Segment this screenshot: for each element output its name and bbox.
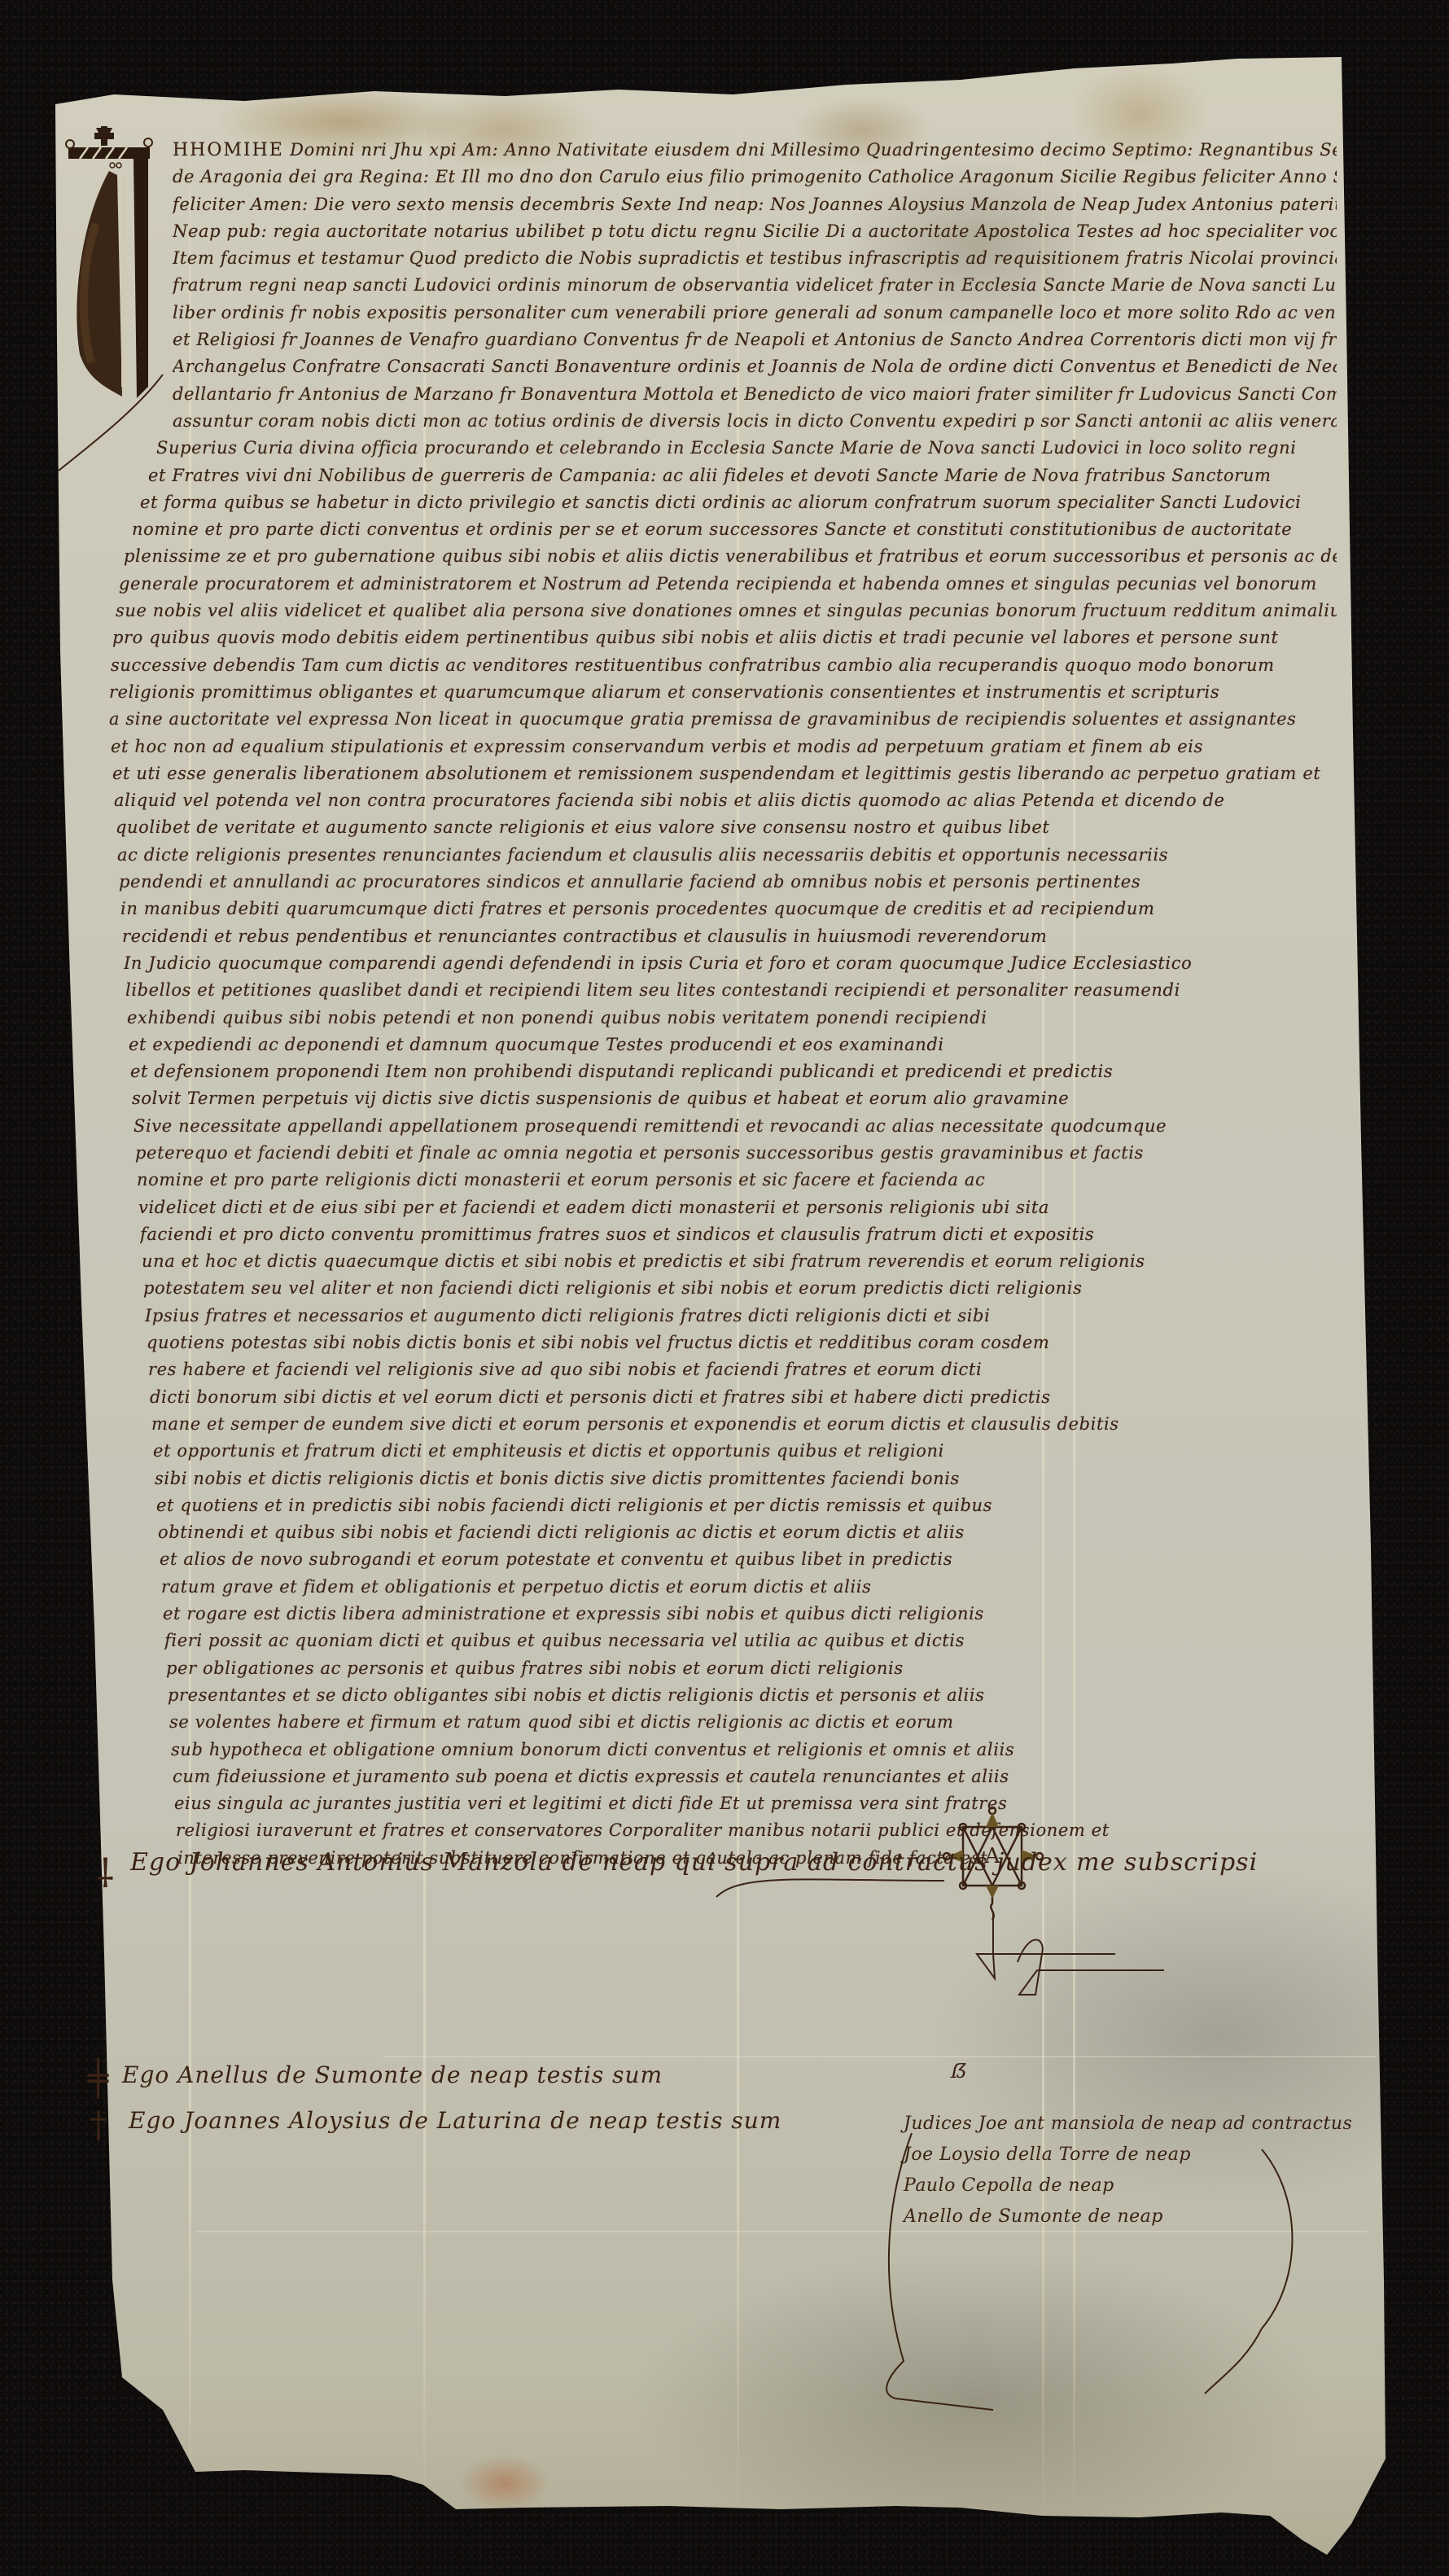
body-line-text: Domini nri Jhu xpi Am: Anno Nativitate e…	[290, 140, 1337, 160]
witness-list: Judices Joe ant mansiola de neap ad cont…	[904, 2109, 1327, 2232]
body-line: Archangelus Confratre Consacrati Sancti …	[173, 353, 1337, 380]
body-line: aliquid vel potenda vel non contra procu…	[114, 787, 1337, 814]
witness-name: Anello de Sumonte de neap	[904, 2201, 1327, 2232]
body-line: et defensionem proponendi Item non prohi…	[130, 1058, 1337, 1085]
body-line: peterequo et faciendi debiti et finale a…	[135, 1140, 1337, 1167]
body-line: res habere et faciendi vel religionis si…	[148, 1356, 1337, 1383]
body-line: et Religiosi fr Joannes de Venafro guard…	[173, 326, 1337, 353]
body-line: Item facimus et testamur Quod predicto d…	[173, 245, 1337, 272]
body-line: assuntur coram nobis dicti mon ac totius…	[173, 408, 1337, 435]
body-line: videlicet dicti et de eius sibi per et f…	[138, 1194, 1337, 1221]
body-line: pendendi et annullandi ac procuratores s…	[119, 869, 1337, 896]
subscription-flourish-icon	[708, 1864, 952, 1913]
body-line: et expediendi ac deponendi et damnum quo…	[129, 1032, 1337, 1058]
paraph-flourish-icon	[969, 1905, 1164, 2011]
witness-name: Joe Loysio della Torre de neap	[904, 2140, 1327, 2171]
body-line: dellantario fr Antonius de Marzano fr Bo…	[173, 381, 1337, 408]
double-cross-mark-icon: ╪	[88, 2058, 108, 2098]
body-line: Superius Curia divina officia procurando…	[156, 435, 1337, 462]
body-line: et forma quibus se habetur in dicto priv…	[140, 489, 1337, 516]
body-line: ratum grave et fidem et obligationis et …	[161, 1574, 1337, 1601]
witness-name: Paulo Cepolla de neap	[904, 2171, 1327, 2201]
body-line: quolibet de veritate et augumento sancte…	[116, 814, 1337, 841]
initial-caption: HHOMIHE	[173, 140, 284, 160]
body-line: fratrum regni neap sancti Ludovici ordin…	[173, 272, 1337, 299]
witness-subscription-2: Ego Joannes Aloysius de Laturina de neap…	[129, 2107, 781, 2134]
body-line: et rogare est dictis libera administrati…	[163, 1601, 1337, 1628]
document-body: HHOMIHE Domini nri Jhu xpi Am: Anno Nati…	[173, 137, 1337, 1872]
witness-subscription-1: Ego Anellus de Sumonte de neap testis su…	[122, 2061, 663, 2088]
body-line: generale procuratorem et administratorem…	[119, 571, 1337, 598]
body-line: religiosi iuraverunt et fratres et conse…	[176, 1817, 1337, 1844]
body-line: ac dicte religionis presentes renunciant…	[117, 842, 1337, 869]
body-line: cum fideiussione et juramento sub poena …	[173, 1763, 1337, 1790]
body-line: nomine et pro parte dicti conventus et o…	[132, 516, 1337, 543]
body-line: sub hypotheca et obligatione omnium bono…	[171, 1737, 1337, 1763]
body-line: HHOMIHE Domini nri Jhu xpi Am: Anno Nati…	[173, 137, 1337, 164]
body-line: in manibus debiti quarumcumque dicti fra…	[120, 896, 1337, 922]
body-line: et quotiens et in predictis sibi nobis f…	[156, 1492, 1337, 1519]
body-line: dicti bonorum sibi dictis et vel eorum d…	[150, 1384, 1337, 1411]
body-line: nomine et pro parte religionis dicti mon…	[137, 1167, 1337, 1194]
body-line: Neap pub: regia auctoritate notarius ubi…	[173, 218, 1337, 245]
body-line: religionis promittimus obligantes et qua…	[109, 679, 1337, 706]
body-line: solvit Termen perpetuis vij dictis sive …	[132, 1085, 1337, 1112]
body-line: et opportunis et fratrum dicti et emphit…	[153, 1438, 1337, 1465]
body-line: Sive necessitate appellandi appellatione…	[134, 1113, 1337, 1140]
body-line: fieri possit ac quoniam dicti et quibus …	[164, 1628, 1337, 1654]
judge-subscription: Ego Johannes Antonius Manzola de neap qu…	[130, 1848, 1258, 1877]
body-line: pro quibus quovis modo debitis eidem per…	[112, 624, 1337, 651]
body-line: se volentes habere et firmum et ratum qu…	[169, 1709, 1337, 1736]
body-line: et hoc non ad equalium stipulationis et …	[111, 734, 1337, 760]
body-line: sibi nobis et dictis religionis dictis e…	[155, 1465, 1337, 1492]
body-line: et alios de novo subrogandi et eorum pot…	[160, 1546, 1337, 1573]
cross-mark-icon: ⸸	[96, 1847, 115, 1899]
fold-line	[383, 2056, 1376, 2057]
body-line: a sine auctoritate vel expressa Non lice…	[109, 706, 1337, 733]
body-line: obtinendi et quibus sibi nobis et facien…	[158, 1519, 1337, 1546]
body-line: plenissime ze et pro gubernatione quibus…	[124, 543, 1337, 570]
body-line: successive debendis Tam cum dictis ac ve…	[111, 652, 1337, 679]
body-line: Ipsius fratres et necessarios et augumen…	[145, 1303, 1337, 1330]
witness-name: Judices Joe ant mansiola de neap ad cont…	[904, 2109, 1327, 2140]
body-line: libellos et petitiones quaslibet dandi e…	[125, 977, 1337, 1004]
body-line: per obligationes ac personis et quibus f…	[166, 1655, 1337, 1682]
body-line: liber ordinis fr nobis expositis persona…	[173, 300, 1337, 326]
body-line: feliciter Amen: Die vero sexto mensis de…	[173, 191, 1337, 218]
body-line: eius singula ac jurantes justitia veri e…	[174, 1790, 1337, 1817]
body-line: In Judicio quocumque comparendi agendi d…	[124, 950, 1337, 977]
body-line: et Fratres vivi dni Nobilibus de guerrer…	[148, 462, 1337, 489]
body-line: sue nobis vel aliis videlicet et qualibe…	[116, 598, 1337, 624]
body-line: et uti esse generalis liberationem absol…	[112, 760, 1337, 787]
cross-mark-icon: †	[90, 2105, 107, 2146]
body-line: exhibendi quibus sibi nobis petendi et n…	[127, 1005, 1337, 1032]
witness-block-mark: ẞ	[951, 2060, 967, 2083]
body-line: potestatem seu vel aliter et non faciend…	[143, 1275, 1337, 1302]
body-line: recidendi et rebus pendentibus et renunc…	[122, 923, 1337, 950]
body-line: una et hoc et dictis quaecumque dictis e…	[142, 1248, 1337, 1275]
body-line: quotiens potestas sibi nobis dictis boni…	[147, 1330, 1337, 1356]
body-line: presentantes et se dicto obligantes sibi…	[168, 1682, 1337, 1709]
body-line: faciendi et pro dicto conventu promittim…	[140, 1221, 1337, 1248]
body-line: mane et semper de eundem sive dicti et e…	[151, 1411, 1337, 1438]
body-line: de Aragonia dei gra Regina: Et Ill mo dn…	[173, 164, 1337, 191]
